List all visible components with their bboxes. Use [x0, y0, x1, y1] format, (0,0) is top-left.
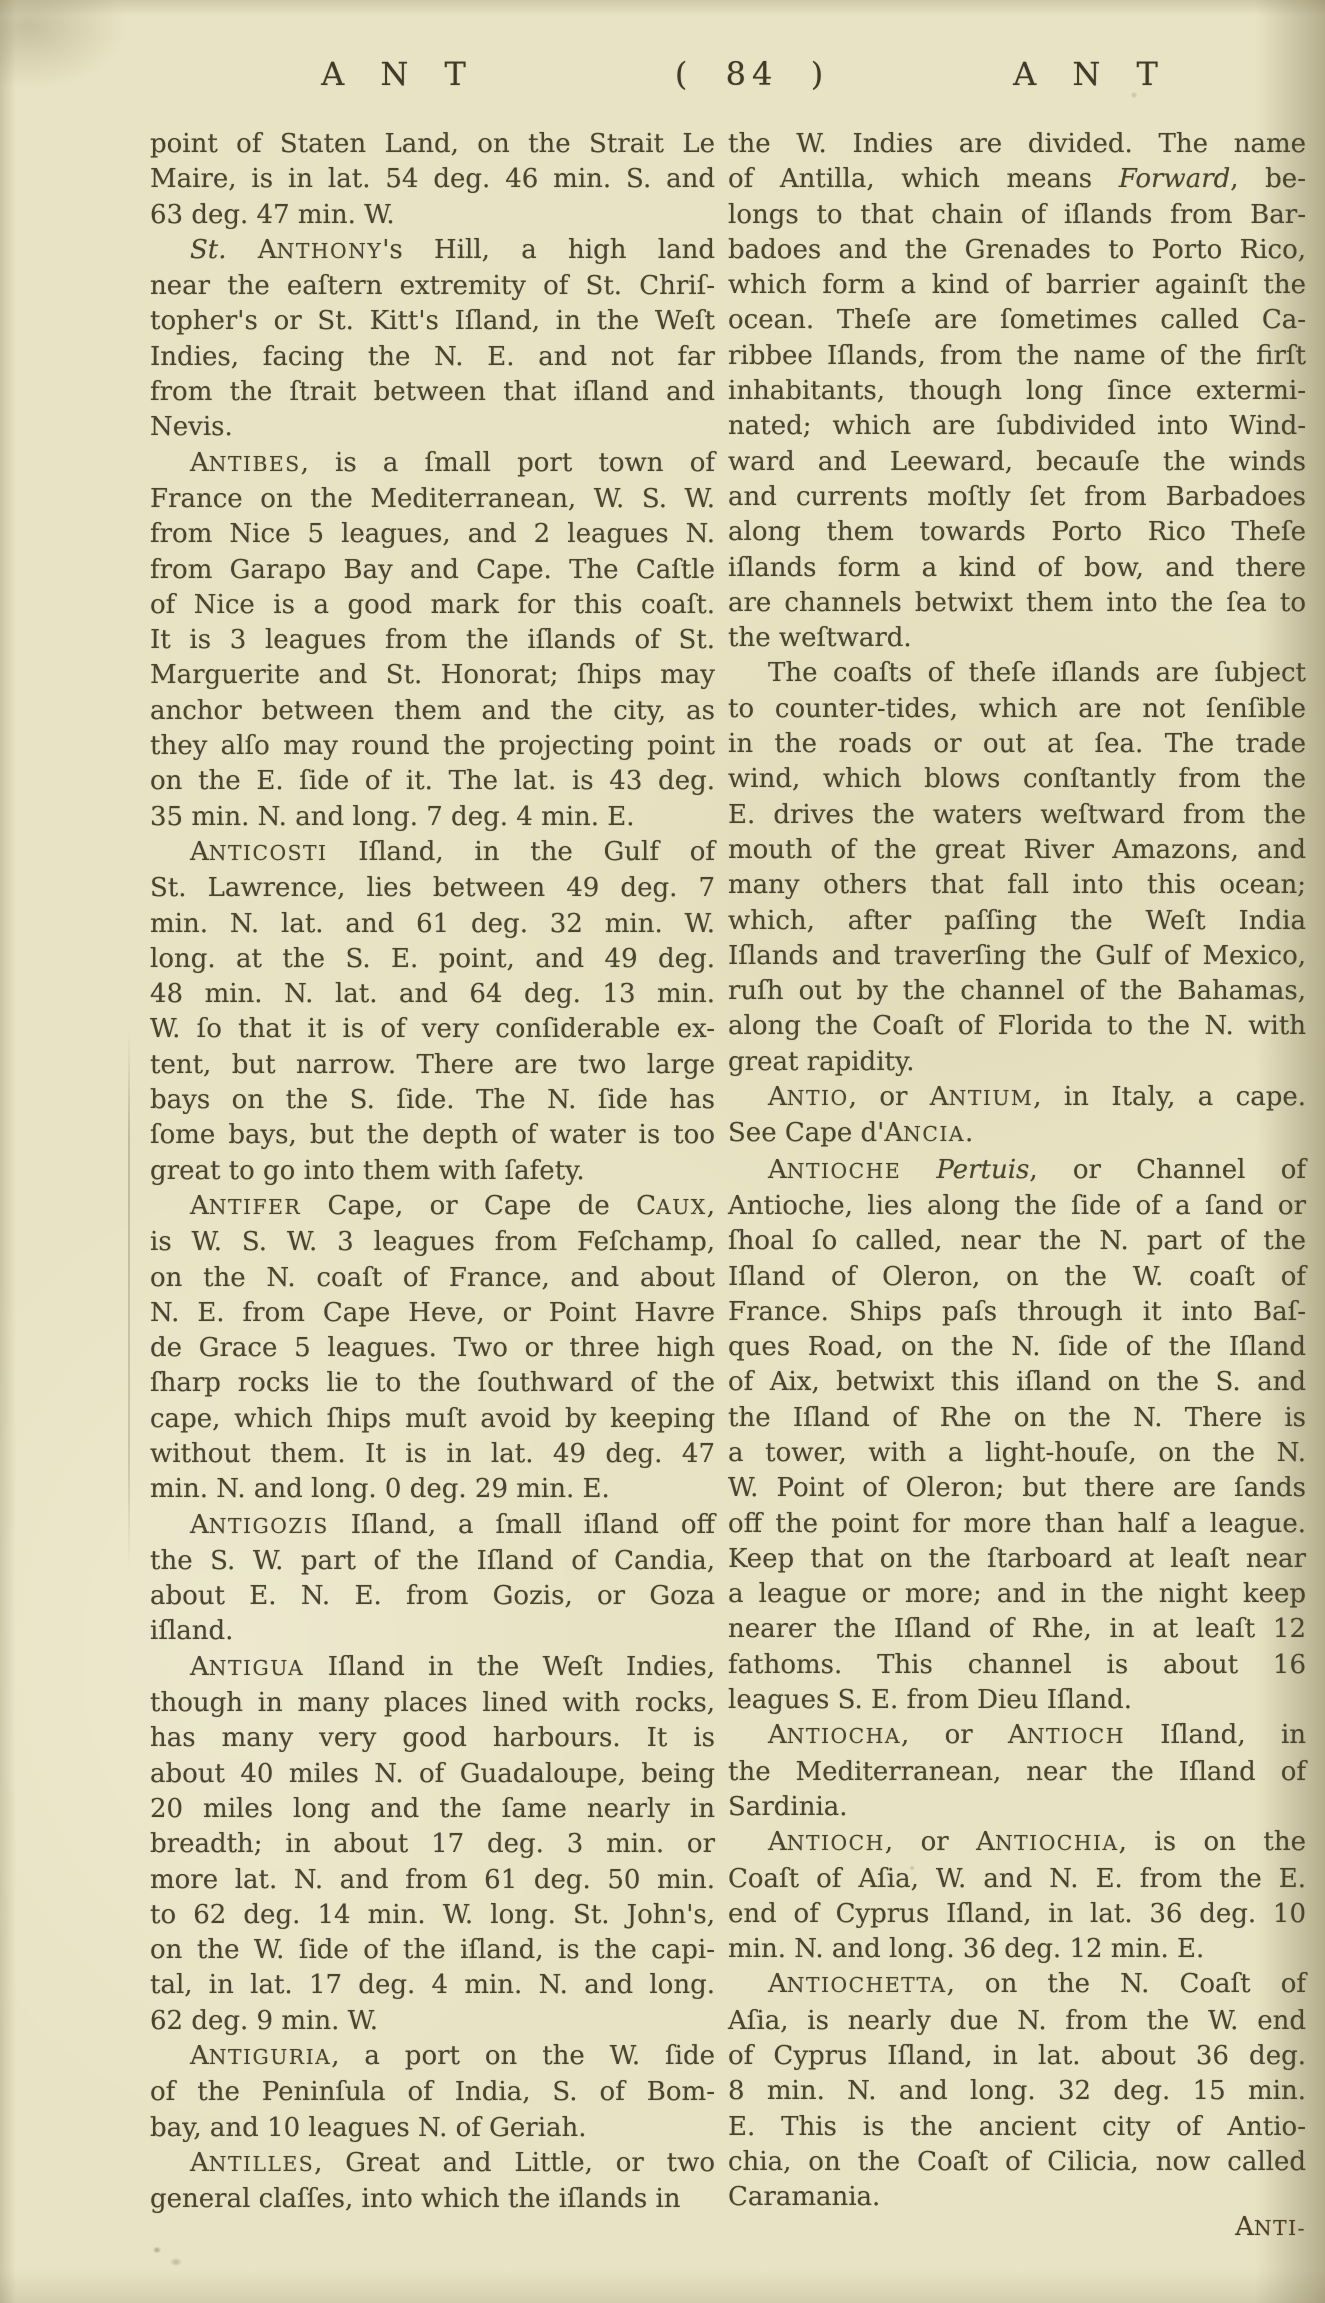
- text-line: great to go into them with ſafety.: [150, 1154, 715, 1189]
- text-line: ANTIOCHETTA, on the N. Coaſt of: [728, 1967, 1306, 2003]
- text-line: the W. Indies are divided. The name: [728, 127, 1306, 162]
- text-line: min. N. lat. and 61 deg. 32 min. W.: [150, 907, 715, 942]
- page-header: A N T ( 84 ) A N T: [0, 55, 1325, 101]
- text-line: more lat. N. and from 61 deg. 50 min.: [150, 1863, 715, 1898]
- text-line: of Cyprus Iſland, in lat. about 36 deg.: [728, 2039, 1306, 2074]
- text-line: bay, and 10 leagues N. of Geriah.: [150, 2111, 715, 2146]
- text-line: from Nice 5 leagues, and 2 leagues N.: [150, 517, 715, 552]
- text-line: 20 miles long and the ſame nearly in: [150, 1792, 715, 1827]
- text-line: tent, but narrow. There are two large: [150, 1048, 715, 1083]
- text-line: of the Peninſula of India, S. of Bom-: [150, 2075, 715, 2110]
- book-page: A N T ( 84 ) A N T point of Staten Land,…: [0, 0, 1325, 2303]
- text-line: N. E. from Cape Heve, or Point Havre: [150, 1296, 715, 1331]
- text-line: off the point for more than half a leagu…: [728, 1507, 1306, 1542]
- text-line: inhabitants, though long ſince extermi-: [728, 374, 1306, 409]
- text-line: leagues S. E. from Dieu Iſland.: [728, 1683, 1306, 1718]
- catchword: ANTI-: [728, 2212, 1306, 2242]
- text-line: in the roads or out at ſea. The trade: [728, 727, 1306, 762]
- left-column-text: point of Staten Land, on the Strait LeMa…: [150, 127, 715, 2218]
- text-line: iſlands form a kind of bow, and there: [728, 551, 1306, 586]
- text-line: ANTICOSTI Iſland, in the Gulf of: [150, 835, 715, 871]
- text-line: of Antilla, which means Forward, be-: [728, 162, 1306, 197]
- text-line: ANTIFER Cape, or Cape de CAUX,: [150, 1189, 715, 1225]
- text-line: wind, which blows conſtantly from the: [728, 762, 1306, 797]
- page-number: ( 84 ): [675, 55, 829, 93]
- text-line: See Cape d'ANCIA.: [728, 1116, 1306, 1152]
- text-line: ANTIGUA Iſland in the Weſt Indies,: [150, 1650, 715, 1686]
- text-line: though in many places lined with rocks,: [150, 1686, 715, 1721]
- text-line: badoes and the Grenades to Porto Rico,: [728, 233, 1306, 268]
- text-line: France on the Mediterranean, W. S. W.: [150, 482, 715, 517]
- text-line: St. ANTHONY's Hill, a high land: [150, 233, 715, 269]
- text-line: ruſh out by the channel of the Bahamas,: [728, 974, 1306, 1009]
- text-line: Coaſt of Aſia, W. and N. E. from the E.: [728, 1862, 1306, 1897]
- text-line: general claſſes, into which the iſlands …: [150, 2182, 715, 2217]
- text-line: from the ſtrait between that iſland and: [150, 375, 715, 410]
- text-line: Indies, facing the N. E. and not far: [150, 340, 715, 375]
- text-line: W. ſo that it is of very conſiderable ex…: [150, 1012, 715, 1047]
- text-line: Iſlands and traverſing the Gulf of Mexic…: [728, 939, 1306, 974]
- text-line: Caramania.: [728, 2180, 1306, 2215]
- text-line: end of Cyprus Iſland, in lat. 36 deg. 10: [728, 1897, 1306, 1932]
- text-line: great rapidity.: [728, 1045, 1306, 1080]
- text-line: topher's or St. Kitt's Iſland, in the We…: [150, 304, 715, 339]
- text-line: cape, which ſhips muſt avoid by keeping: [150, 1402, 715, 1437]
- text-line: ANTIOCHE Pertuis, or Channel of: [728, 1153, 1306, 1189]
- text-line: ANTIGOZIS Iſland, a ſmall iſland off: [150, 1508, 715, 1544]
- text-line: nearer the Iſland of Rhe, in at leaſt 12: [728, 1612, 1306, 1647]
- text-line: the weſtward.: [728, 621, 1306, 656]
- text-line: Keep that on the ſtarboard at leaſt near: [728, 1542, 1306, 1577]
- text-line: It is 3 leagues from the iſlands of St.: [150, 623, 715, 658]
- text-line: on the N. coaſt of France, and about: [150, 1261, 715, 1296]
- text-line: de Grace 5 leagues. Two or three high: [150, 1331, 715, 1366]
- text-line: near the eaſtern extremity of St. Chriſ-: [150, 269, 715, 304]
- text-line: tal, in lat. 17 deg. 4 min. N. and long.: [150, 1968, 715, 2003]
- text-line: a league or more; and in the night keep: [728, 1577, 1306, 1612]
- text-line: Nevis.: [150, 410, 715, 445]
- text-line: about E. N. E. from Gozis, or Goza: [150, 1579, 715, 1614]
- text-line: without them. It is in lat. 49 deg. 47: [150, 1437, 715, 1472]
- right-column-text: the W. Indies are divided. The nameof An…: [728, 127, 1306, 2216]
- text-line: 35 min. N. and long. 7 deg. 4 min. E.: [150, 800, 715, 835]
- text-line: the Iſland of Rhe on the N. There is: [728, 1401, 1306, 1436]
- text-line: is W. S. W. 3 leagues from Feſchamp,: [150, 1225, 715, 1260]
- text-line: ANTIBES, is a ſmall port town of: [150, 446, 715, 482]
- text-line: the S. W. part of the Iſland of Candia,: [150, 1544, 715, 1579]
- text-line: E. drives the waters weſtward from the: [728, 798, 1306, 833]
- text-line: ribbee Iſlands, from the name of the fir…: [728, 339, 1306, 374]
- text-line: long. at the S. E. point, and 49 deg.: [150, 942, 715, 977]
- text-line: ward and Leeward, becauſe the winds: [728, 445, 1306, 480]
- text-line: on the E. ſide of it. The lat. is 43 deg…: [150, 764, 715, 799]
- text-line: ocean. Theſe are ſometimes called Ca-: [728, 303, 1306, 338]
- text-line: 63 deg. 47 min. W.: [150, 198, 715, 233]
- text-line: min. N. and long. 0 deg. 29 min. E.: [150, 1472, 715, 1507]
- text-line: France. Ships paſs through it into Baſ-: [728, 1295, 1306, 1330]
- text-line: anchor between them and the city, as: [150, 694, 715, 729]
- text-line: St. Lawrence, lies between 49 deg. 7: [150, 871, 715, 906]
- text-line: W. Point of Oleron; but there are ſands: [728, 1471, 1306, 1506]
- paper-crease: [128, 1030, 130, 1570]
- text-line: ANTIOCHA, or ANTIOCH Iſland, in: [728, 1718, 1306, 1754]
- text-line: and currents moſtly ſet from Barbadoes: [728, 480, 1306, 515]
- text-line: Sardinia.: [728, 1790, 1306, 1825]
- text-line: they alſo may round the projecting point: [150, 729, 715, 764]
- text-line: nated; which are ſubdivided into Wind-: [728, 409, 1306, 444]
- text-line: ANTIO, or ANTIUM, in Italy, a cape.: [728, 1080, 1306, 1116]
- text-line: ques Road, on the N. ſide of the Iſland: [728, 1330, 1306, 1365]
- text-line: which form a kind of barrier againſt the: [728, 268, 1306, 303]
- text-line: along the Coaſt of Florida to the N. wit…: [728, 1009, 1306, 1044]
- text-line: are channels betwixt them into the ſea t…: [728, 586, 1306, 621]
- text-line: a tower, with a light-houſe, on the N.: [728, 1436, 1306, 1471]
- text-line: ANTIGURIA, a port on the W. ſide: [150, 2039, 715, 2075]
- text-line: chia, on the Coaſt of Cilicia, now calle…: [728, 2145, 1306, 2180]
- text-line: about 40 miles N. of Guadaloupe, being: [150, 1757, 715, 1792]
- text-line: 8 min. N. and long. 32 deg. 15 min.: [728, 2074, 1306, 2109]
- text-line: ANTILLES, Great and Little, or two: [150, 2146, 715, 2182]
- running-title-right: A N T: [1013, 55, 1171, 93]
- text-line: Antioche, lies along the ſide of a ſand …: [728, 1189, 1306, 1224]
- text-line: breadth; in about 17 deg. 3 min. or: [150, 1827, 715, 1862]
- text-line: 62 deg. 9 min. W.: [150, 2004, 715, 2039]
- text-line: to 62 deg. 14 min. W. long. St. John's,: [150, 1898, 715, 1933]
- text-line: bays on the S. ſide. The N. ſide has: [150, 1083, 715, 1118]
- text-line: ſome bays, but the depth of water is too: [150, 1118, 715, 1153]
- text-line: ANTIOCH, or ANTIOCHIA, is on the: [728, 1825, 1306, 1861]
- text-line: fathoms. This channel is about 16: [728, 1648, 1306, 1683]
- text-line: on the W. ſide of the iſland, is the cap…: [150, 1933, 715, 1968]
- text-line: E. This is the ancient city of Antio-: [728, 2110, 1306, 2145]
- text-line: longs to that chain of iſlands from Bar-: [728, 198, 1306, 233]
- text-line: of Nice is a good mark for this coaſt.: [150, 588, 715, 623]
- text-line: of Aix, betwixt this iſland on the S. an…: [728, 1365, 1306, 1400]
- text-line: point of Staten Land, on the Strait Le: [150, 127, 715, 162]
- text-line: min. N. and long. 36 deg. 12 min. E.: [728, 1932, 1306, 1967]
- text-line: mouth of the great River Amazons, and: [728, 833, 1306, 868]
- text-line: The coaſts of theſe iſlands are ſubject: [728, 656, 1306, 691]
- text-line: many others that fall into this ocean;: [728, 868, 1306, 903]
- text-line: iſland.: [150, 1614, 715, 1649]
- text-line: Marguerite and St. Honorat; ſhips may: [150, 658, 715, 693]
- text-line: which, after paſſing the Weſt India: [728, 904, 1306, 939]
- text-line: has many very good harbours. It is: [150, 1721, 715, 1756]
- text-line: the Mediterranean, near the Iſland of: [728, 1755, 1306, 1790]
- text-line: ſharp rocks lie to the ſouthward of the: [150, 1366, 715, 1401]
- text-line: Iſland of Oleron, on the W. coaſt of: [728, 1260, 1306, 1295]
- text-line: 48 min. N. lat. and 64 deg. 13 min.: [150, 977, 715, 1012]
- text-line: Maire, is in lat. 54 deg. 46 min. S. and: [150, 162, 715, 197]
- text-line: to counter-tides, which are not ſenſible: [728, 692, 1306, 727]
- text-line: along them towards Porto Rico Theſe: [728, 515, 1306, 550]
- running-title-left: A N T: [321, 55, 479, 93]
- text-line: from Garapo Bay and Cape. The Caſtle: [150, 553, 715, 588]
- text-line: Aſia, is nearly due N. from the W. end: [728, 2004, 1306, 2039]
- text-line: ſhoal ſo called, near the N. part of the: [728, 1224, 1306, 1259]
